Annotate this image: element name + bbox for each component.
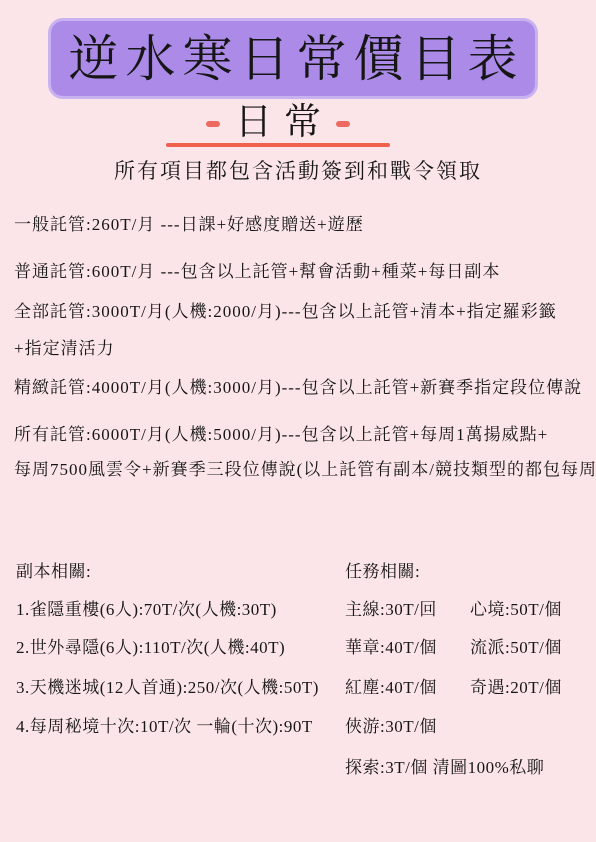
- dungeon-item: 3.天機迷城(12人首通):250/次(人機:50T): [16, 676, 319, 700]
- service-line: +指定清活力: [14, 337, 115, 361]
- note-line: 所有項目都包含活動簽到和戰令領取: [0, 155, 596, 185]
- subtitle: 日常: [223, 104, 333, 141]
- service-line: 每周7500風雲令+新賽季三段位傳說(以上託管有副本/競技類型的都包每周條號): [14, 458, 596, 482]
- task-header: 任務相關:: [345, 560, 420, 584]
- service-line: 所有託管:6000T/月(人機:5000/月)---包含以上託管+每周1萬揚威點…: [14, 423, 548, 447]
- title-banner: 逆水寒日常價目表: [48, 18, 538, 99]
- dungeon-item: 1.雀隱重樓(6人):70T/次(人機:30T): [16, 598, 277, 622]
- subtitle-dash-right-icon: [336, 121, 350, 127]
- subtitle-row: 日常: [0, 100, 556, 144]
- service-line: 普通託管:600T/月 ---包含以上託管+幫會活動+種菜+每日副本: [14, 260, 500, 284]
- dungeon-item: 4.每周秘境十次:10T/次 一輪(十次):90T: [16, 715, 313, 739]
- dungeon-item: 2.世外尋隱(6人):110T/次(人機:40T): [16, 636, 285, 660]
- task-cell: 心境:50T/個: [470, 598, 562, 622]
- service-line: 一般託管:260T/月 ---日課+好感度贈送+遊歷: [14, 213, 364, 237]
- task-row: 華章:40T/個 流派:50T/個: [345, 636, 562, 660]
- task-cell: 華章:40T/個: [345, 636, 470, 660]
- subtitle-dash-left-icon: [206, 121, 220, 127]
- task-row: 紅塵:40T/個 奇遇:20T/個: [345, 676, 562, 700]
- task-cell: 紅塵:40T/個: [345, 676, 470, 700]
- task-cell: 流派:50T/個: [470, 636, 562, 660]
- price-poster: { "colors": { "bg": "#fce5e9", "ink": "#…: [0, 0, 596, 842]
- dungeon-header: 副本相關:: [16, 560, 91, 584]
- task-row: 俠游:30T/個: [345, 715, 470, 739]
- service-line: 全部託管:3000T/月(人機:2000/月)---包含以上託管+清本+指定羅彩…: [14, 300, 557, 324]
- task-cell: 俠游:30T/個: [345, 715, 470, 739]
- service-line: 精緻託管:4000T/月(人機:3000/月)---包含以上託管+新賽季指定段位…: [14, 376, 582, 400]
- task-footer: 探索:3T/個 清圖100%私聊: [345, 756, 544, 780]
- task-cell: 奇遇:20T/個: [470, 676, 562, 700]
- task-row: 主線:30T/回 心境:50T/個: [345, 598, 562, 622]
- page-title: 逆水寒日常價目表: [62, 34, 525, 84]
- task-cell: 主線:30T/回: [345, 598, 470, 622]
- subtitle-underline: [166, 143, 390, 147]
